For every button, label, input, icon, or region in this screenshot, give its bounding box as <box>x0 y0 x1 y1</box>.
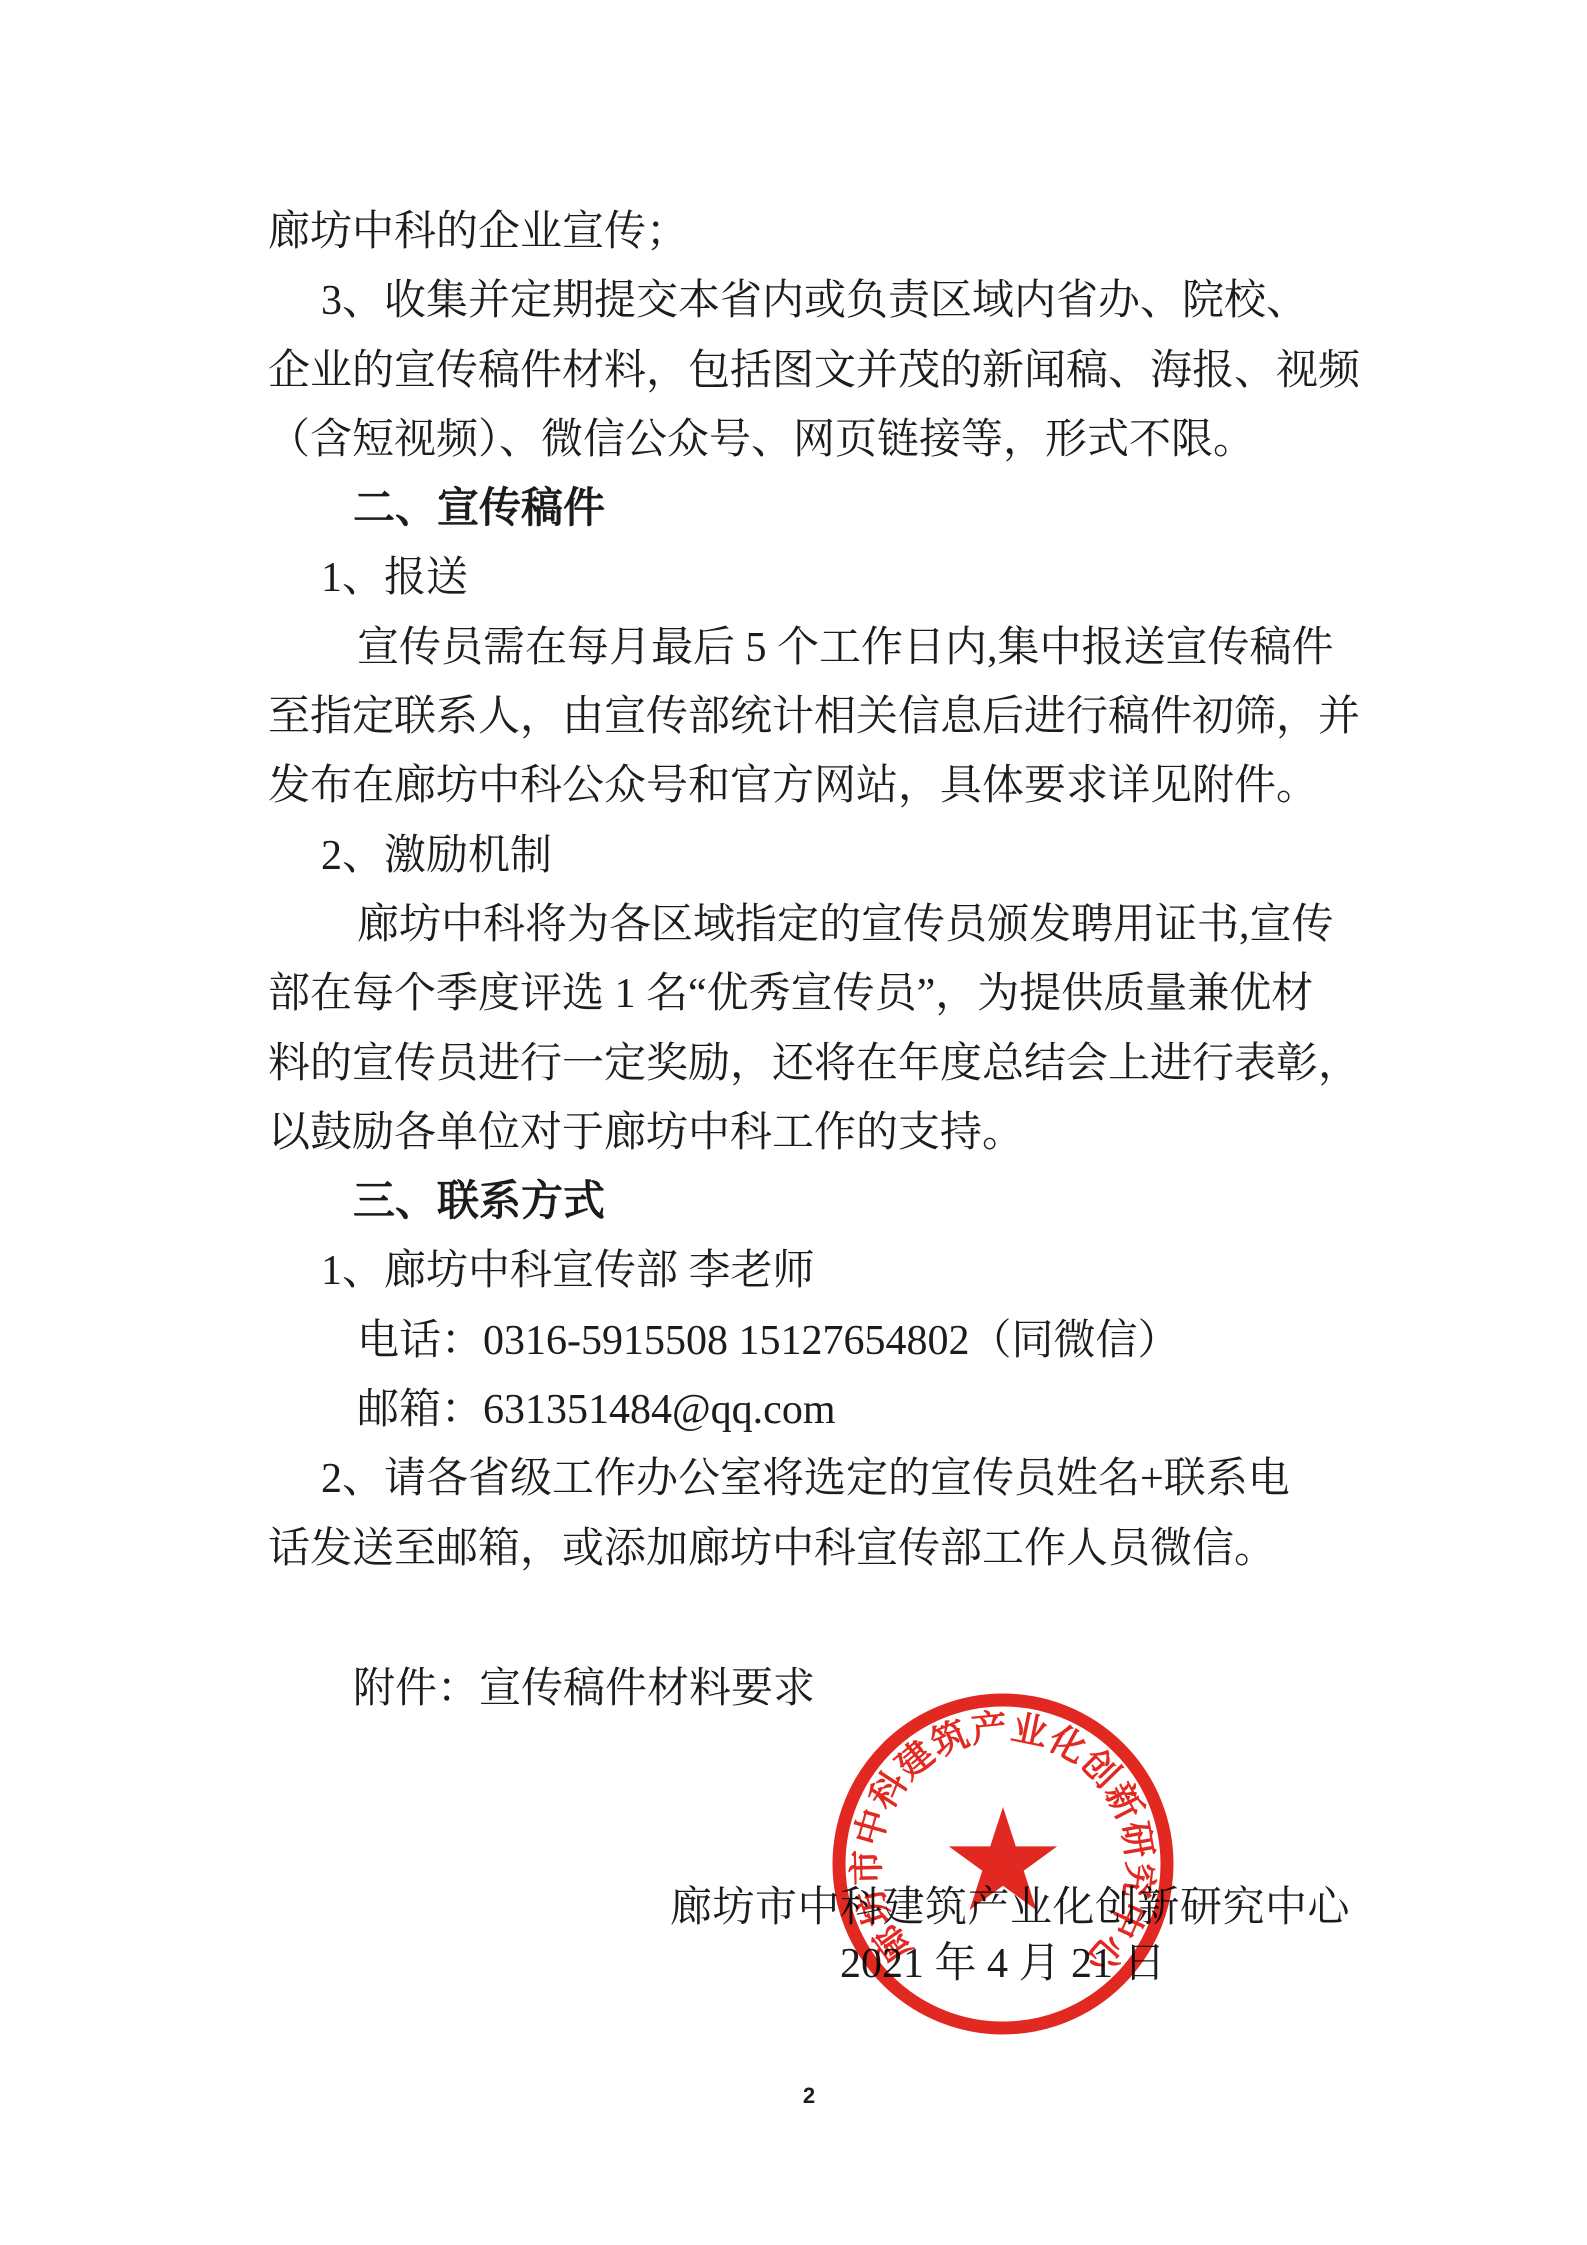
body-line: 2、激励机制 <box>321 822 1368 891</box>
page-number: 2 <box>268 2082 1350 2110</box>
body-line: 宣传员需在每月最后 5 个工作日内,集中报送宣传稿件 <box>357 614 1368 683</box>
body-line: 1、廊坊中科宣传部 李老师 <box>321 1237 1368 1306</box>
body-line: 以鼓励各单位对于廊坊中科工作的支持。 <box>268 1099 1368 1168</box>
body-line: 企业的宣传稿件材料，包括图文并茂的新闻稿、海报、视频 <box>268 337 1368 406</box>
body-line: 话发送至邮箱，或添加廊坊中科宣传部工作人员微信。 <box>268 1515 1368 1584</box>
body-line: 1、报送 <box>321 544 1368 613</box>
body-line: 电话：0316-5915508 15127654802（同微信） <box>357 1307 1368 1376</box>
body-line: 廊坊中科的企业宣传； <box>268 198 1368 267</box>
body-line: 2、请各省级工作办公室将选定的宣传员姓名+联系电 <box>321 1445 1368 1514</box>
document-page: 廊坊中科的企业宣传；3、收集并定期提交本省内或负责区域内省办、院校、企业的宣传稿… <box>0 0 1587 2245</box>
body-line: 至指定联系人，由宣传部统计相关信息后进行稿件初筛，并 <box>268 683 1368 752</box>
official-seal-stamp: 廊坊市中科建筑产业化创新研究中心 <box>830 1691 1176 2037</box>
section-heading: 二、宣传稿件 <box>353 475 1368 544</box>
body-line: 3、收集并定期提交本省内或负责区域内省办、院校、 <box>321 267 1368 336</box>
body-line: 料的宣传员进行一定奖励，还将在年度总结会上进行表彰， <box>268 1030 1368 1099</box>
document-body: 廊坊中科的企业宣传；3、收集并定期提交本省内或负责区域内省办、院校、企业的宣传稿… <box>268 198 1368 1584</box>
body-line: 廊坊中科将为各区域指定的宣传员颁发聘用证书,宣传 <box>357 891 1368 960</box>
section-heading: 三、联系方式 <box>353 1168 1368 1237</box>
star-icon <box>949 1807 1057 1910</box>
body-line: （含短视频）、微信公众号、网页链接等，形式不限。 <box>268 406 1368 475</box>
body-line: 发布在廊坊中科公众号和官方网站，具体要求详见附件。 <box>268 752 1368 821</box>
attachment-note: 附件：宣传稿件材料要求 <box>353 1655 815 1724</box>
body-line: 部在每个季度评选 1 名“优秀宣传员”，为提供质量兼优材 <box>268 960 1368 1029</box>
body-line: 邮箱：631351484@qq.com <box>357 1376 1368 1445</box>
